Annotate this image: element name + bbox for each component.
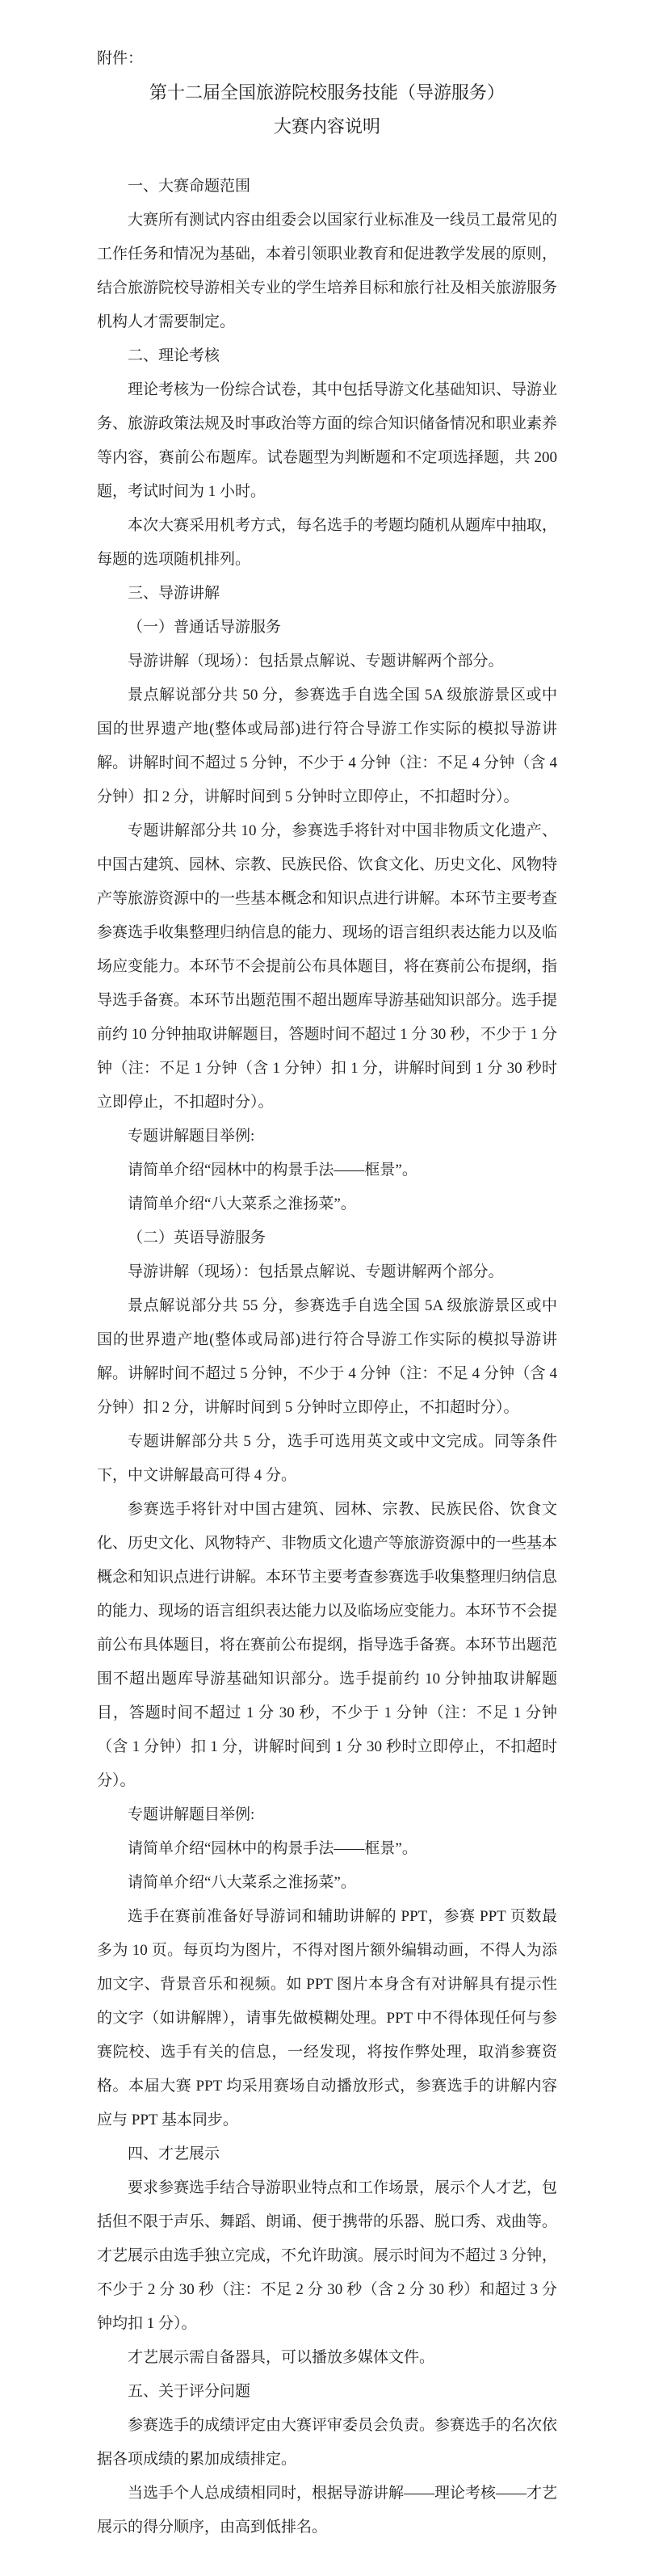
paragraph: 请简单介绍“园林中的构景手法——框景”。 <box>97 1832 557 1866</box>
paragraph: 要求参赛选手结合导游职业特点和工作场景，展示个人才艺，包括但不限于声乐、舞蹈、朗… <box>97 2171 557 2341</box>
paragraph: 专题讲解部分共 10 分，参赛选手将针对中国非物质文化遗产、中国古建筑、园林、宗… <box>97 814 557 1120</box>
section-heading: 三、导游讲解 <box>97 577 557 611</box>
sub-section-heading: （二）英语导游服务 <box>97 1221 557 1255</box>
section-heading: 五、关于评分问题 <box>97 2375 557 2409</box>
paragraph: 景点解说部分共 55 分，参赛选手自选全国 5A 级旅游景区或中国的世界遗产地(… <box>97 1289 557 1425</box>
section-heading: 四、才艺展示 <box>97 2137 557 2171</box>
paragraph: 导游讲解（现场）：包括景点解说、专题讲解两个部分。 <box>97 645 557 679</box>
paragraph: 当选手个人总成绩相同时，根据导游讲解——理论考核——才艺展示的得分顺序，由高到低… <box>97 2477 557 2544</box>
paragraph: 大赛所有测试内容由组委会以国家行业标准及一线员工最常见的工作任务和情况为基础，本… <box>97 204 557 339</box>
paragraph: 本次大赛采用机考方式，每名选手的考题均随机从题库中抽取，每题的选项随机排列。 <box>97 509 557 577</box>
paragraph: 景点解说部分共 50 分，参赛选手自选全国 5A 级旅游景区或中国的世界遗产地(… <box>97 679 557 814</box>
paragraph: 专题讲解部分共 5 分，选手可选用英文或中文完成。同等条件下，中文讲解最高可得 … <box>97 1425 557 1493</box>
paragraph: 专题讲解题目举例: <box>97 1798 557 1832</box>
paragraph: 选手在赛前准备好导游词和辅助讲解的 PPT，参赛 PPT 页数最多为 10 页。… <box>97 1900 557 2137</box>
paragraph: 才艺展示需自备器具，可以播放多媒体文件。 <box>97 2341 557 2375</box>
paragraph: 请简单介绍“八大菜系之淮扬菜”。 <box>97 1866 557 1900</box>
paragraph: 导游讲解（现场）：包括景点解说、专题讲解两个部分。 <box>97 1255 557 1289</box>
document-body: 一、大赛命题范围大赛所有测试内容由组委会以国家行业标准及一线员工最常见的工作任务… <box>97 170 557 2544</box>
paragraph: 请简单介绍“园林中的构景手法——框景”。 <box>97 1154 557 1187</box>
document-subtitle: 大赛内容说明 <box>97 110 557 144</box>
section-heading: 一、大赛命题范围 <box>97 170 557 204</box>
sub-section-heading: （一）普通话导游服务 <box>97 611 557 645</box>
paragraph: 参赛选手将针对中国古建筑、园林、宗教、民族民俗、饮食文化、历史文化、风物特产、非… <box>97 1493 557 1798</box>
document-page: 附件： 第十二届全国旅游院校服务技能（导游服务） 大赛内容说明 一、大赛命题范围… <box>0 0 646 2576</box>
paragraph: 理论考核为一份综合试卷，其中包括导游文化基础知识、导游业务、旅游政策法规及时事政… <box>97 373 557 509</box>
attachment-label: 附件： <box>97 42 557 76</box>
section-heading: 二、理论考核 <box>97 339 557 373</box>
document-title: 第十二届全国旅游院校服务技能（导游服务） <box>97 76 557 110</box>
paragraph: 请简单介绍“八大菜系之淮扬菜”。 <box>97 1187 557 1221</box>
paragraph: 参赛选手的成绩评定由大赛评审委员会负责。参赛选手的名次依据各项成绩的累加成绩排定… <box>97 2409 557 2477</box>
paragraph: 专题讲解题目举例: <box>97 1120 557 1154</box>
